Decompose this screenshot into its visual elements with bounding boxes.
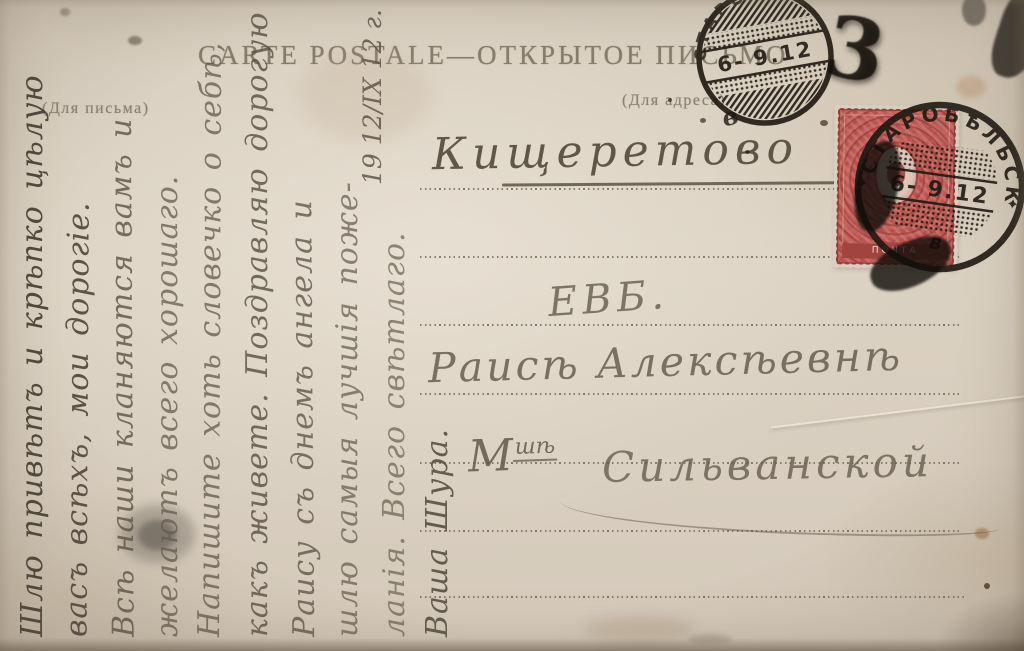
ink-speck [745, 150, 750, 154]
postcard-photo: CARTE POSTALE—ОТКРЫТОЕ ПИСЬМО (Для письм… [0, 0, 1024, 651]
handwritten-date: 19 12/IX 12 г. [358, 15, 404, 185]
address-recipient: Раисѣ Алексѣевнѣ [427, 332, 903, 392]
corner-ink-blob [962, 0, 986, 26]
ink-speck [668, 98, 672, 102]
message-line: желаютъ всего хорошаго. [145, 30, 190, 637]
ink-speck [700, 118, 706, 123]
message-line: Шлю привѣтъ и крѣпко цѣлую [10, 30, 55, 637]
message-line: Ваша Шура. [415, 30, 460, 637]
madame-prefix: М [467, 430, 514, 483]
address-honorific: ЕВБ. [547, 272, 671, 326]
corner-ink-blob [985, 0, 1024, 85]
bottom-smudge [688, 634, 732, 644]
card-crease [771, 394, 1024, 429]
message-line: Раису съ днемъ ангела и [278, 30, 327, 637]
corner-shadow [934, 591, 1024, 651]
paper-speck [984, 583, 990, 589]
ink-speck [820, 120, 828, 126]
address-rule-line [420, 393, 960, 395]
message-line: какъ живете. Поздравляю дорогую [235, 30, 280, 637]
bottom-stain [585, 616, 695, 642]
madame-superscript: шѣ [512, 434, 557, 463]
postmark-star-right: ✦ [1005, 194, 1020, 214]
message-line: Напишите хоть словечко о себѣ, [187, 30, 234, 637]
message-line: Всѣ наши кланяются вамъ и [98, 30, 146, 637]
address-rule-line [420, 596, 965, 598]
message-line: васъ всѣхъ, мои дорогіе. [54, 30, 102, 637]
address-rule-line [420, 324, 960, 326]
address-madame: Мшѣ [467, 428, 558, 482]
